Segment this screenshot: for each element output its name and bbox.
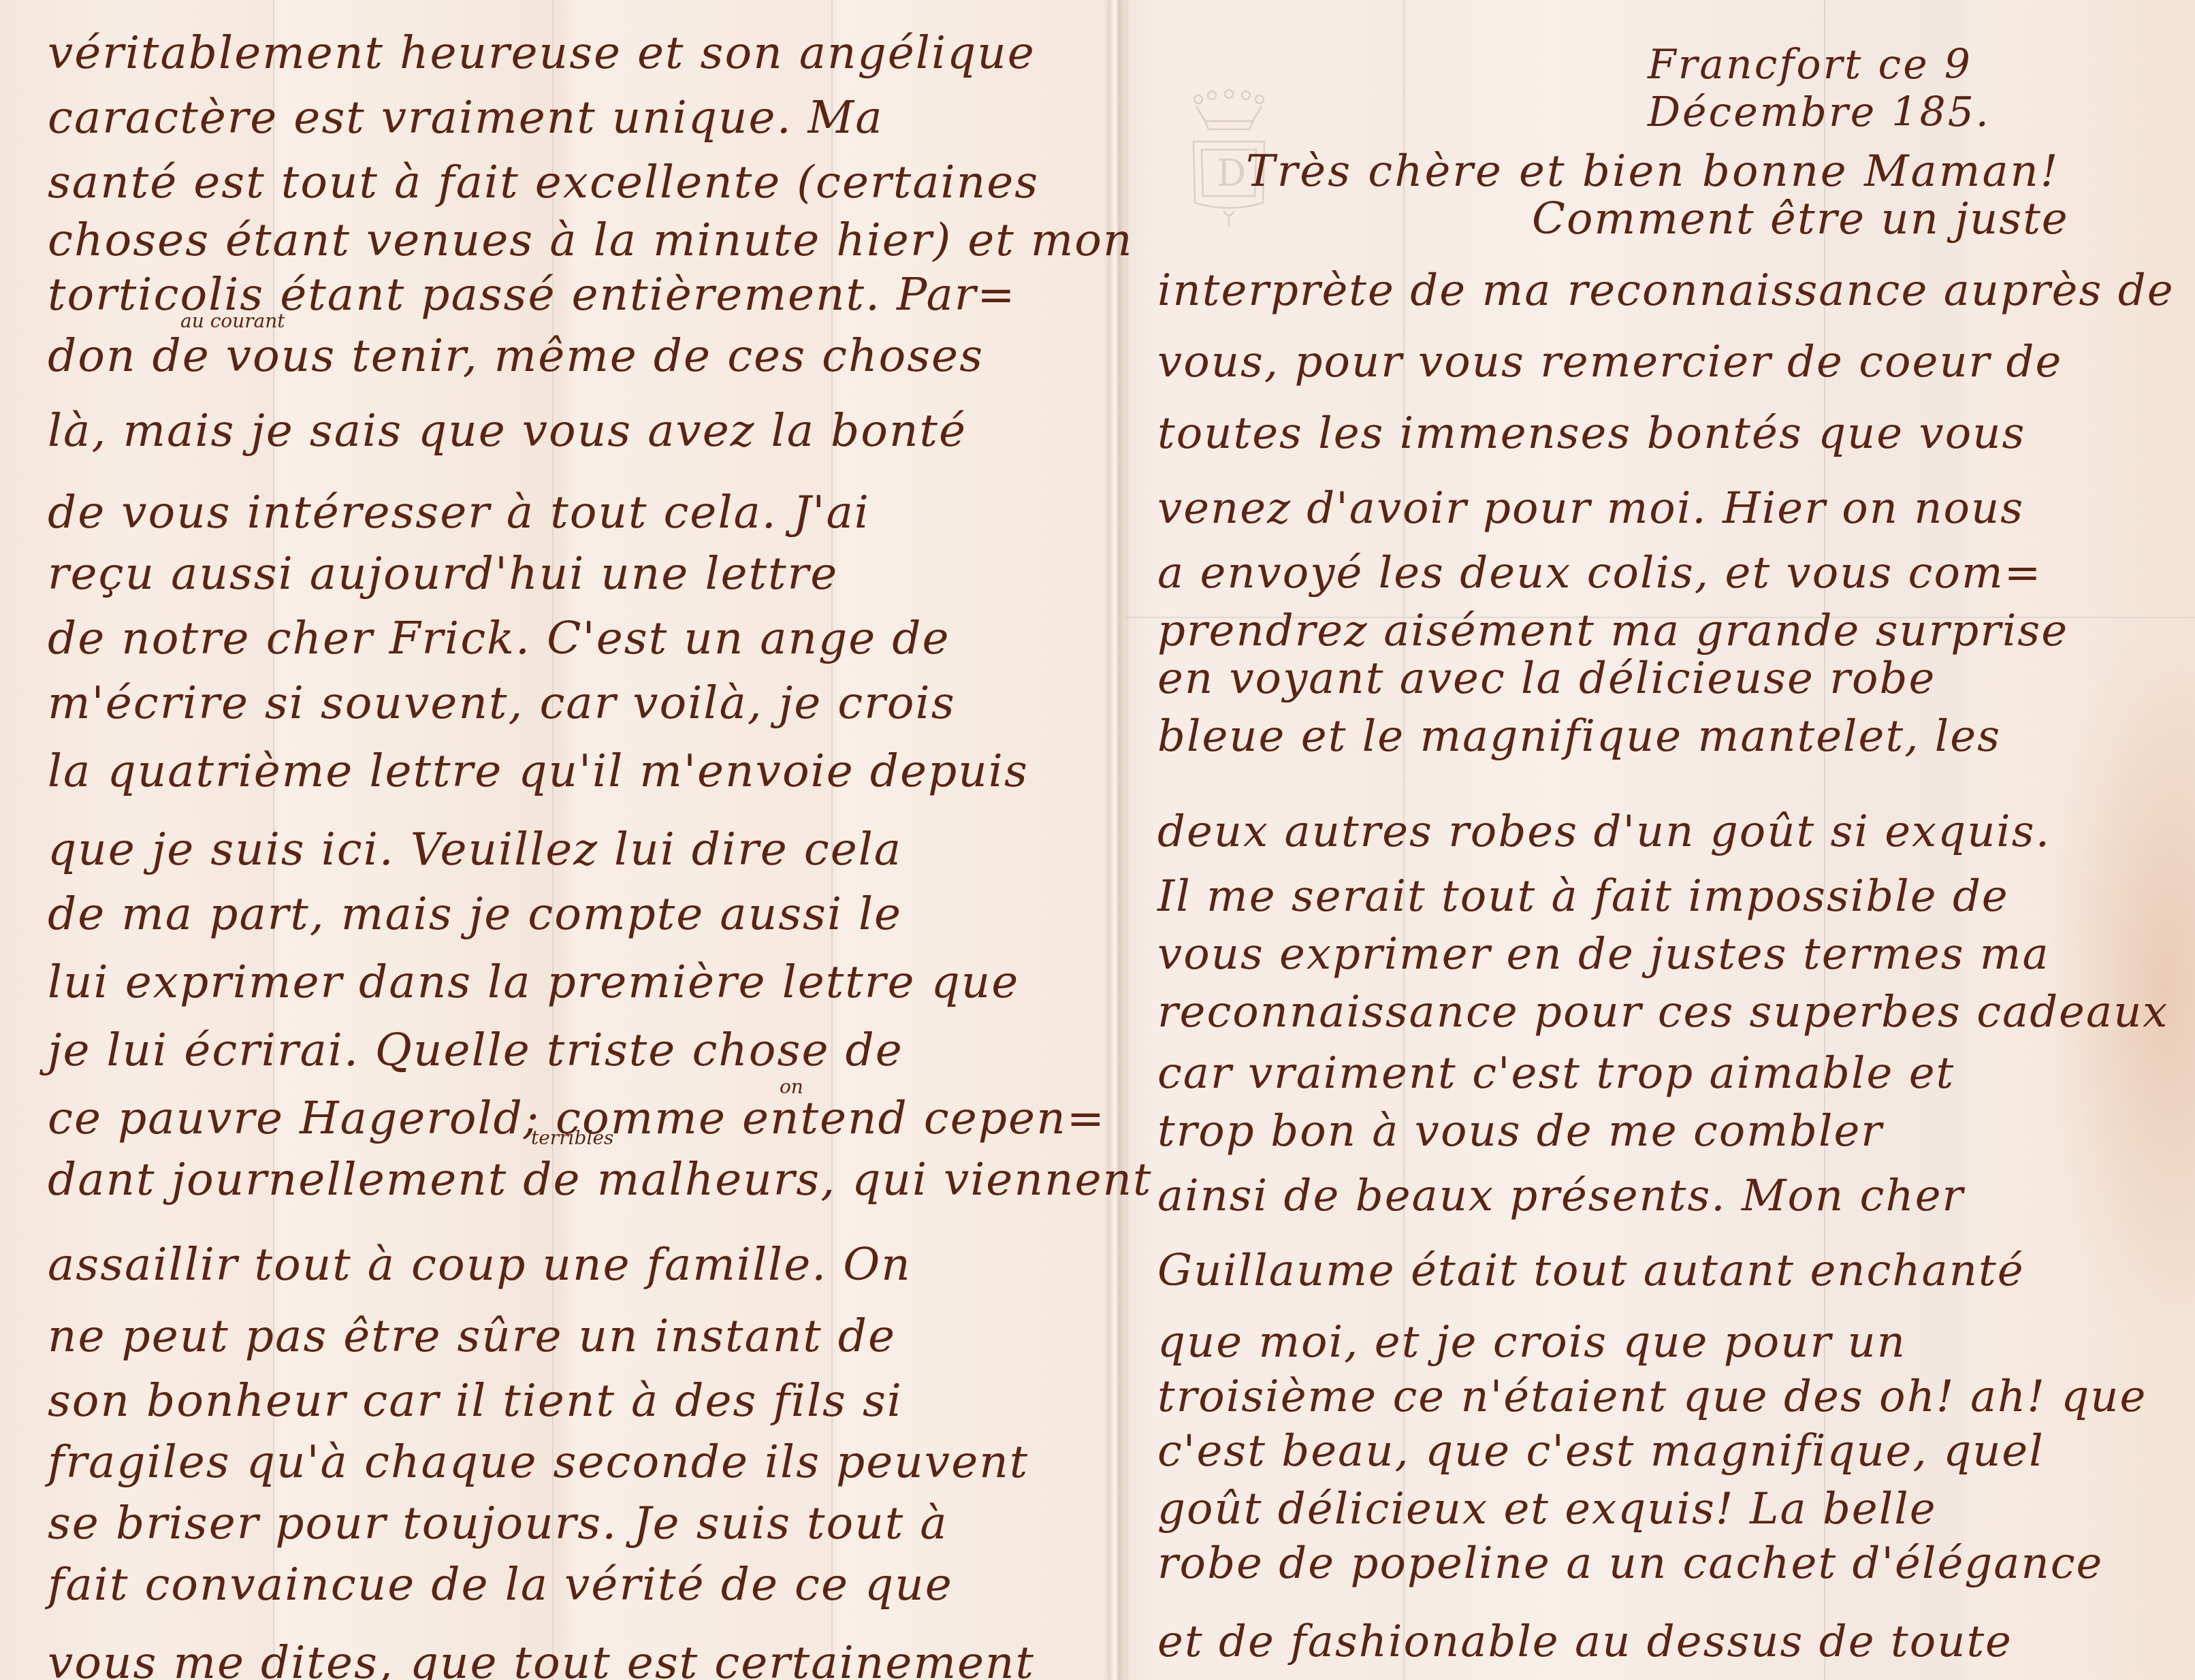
letter-line: prendrez aisément ma grande surprise: [1157, 609, 2068, 653]
letter-line: et de fashionable au dessus de toute: [1157, 1620, 2013, 1664]
salutation: Très chère et bien bonne Maman!: [1246, 146, 2060, 197]
letter-line: Il me serait tout à fait impossible de: [1157, 875, 2009, 918]
letter-line: troisième ce n'étaient que des oh! ah! q…: [1157, 1375, 2147, 1419]
letter-line: deux autres robes d'un goût si exquis.: [1157, 810, 2051, 854]
letter-line: car vraiment c'est trop aimable et: [1157, 1052, 1955, 1095]
letter-line: Comment être un juste: [1532, 197, 2069, 241]
letter-line: véritablement heureuse et son angélique: [48, 31, 1036, 76]
letter-line: vous me dites, que tout est certainement: [48, 1641, 1035, 1680]
letter-line: fragiles qu'à chaque seconde ils peuvent: [48, 1440, 1029, 1485]
letter-line: caractère est vraiment unique. Ma: [48, 95, 884, 140]
letter-line: son bonheur car il tient à des fils si: [48, 1378, 903, 1423]
interlinear-insertion: au courant: [180, 310, 285, 332]
letter-line: dant journellement de malheurs, qui vien…: [48, 1157, 1153, 1202]
letter-line: reconnaissance pour ces superbes cadeaux: [1157, 990, 2168, 1034]
letter-line: choses étant venues à la minute hier) et…: [48, 218, 1134, 263]
letter-line: lui exprimer dans la première lettre que: [48, 960, 1019, 1005]
letter-line: don de vous tenir, même de ces choses: [48, 334, 984, 378]
letter-line: là, mais je sais que vous avez la bonté: [48, 408, 967, 453]
letter-line: je lui écrirai. Quelle triste chose de: [48, 1028, 903, 1073]
letter-line: se briser pour toujours. Je suis tout à: [48, 1501, 948, 1546]
letter-line: ne peut pas être sûre un instant de: [48, 1314, 896, 1359]
letter-line: Guillaume était tout autant enchanté: [1157, 1249, 2025, 1293]
letter-line: que moi, et je crois que pour un: [1157, 1321, 1906, 1364]
letter-line: toutes les immenses bontés que vous: [1157, 412, 2025, 455]
letter-line: trop bon à vous de me combler: [1157, 1110, 1883, 1153]
letter-line: robe de popeline a un cachet d'élégance: [1157, 1542, 2103, 1585]
letter-line: m'écrire si souvent, car voilà, je crois: [48, 681, 956, 726]
letter-line: fait convaincue de la vérité de ce que: [48, 1562, 953, 1607]
letter-line: a envoyé les deux colis, et vous com=: [1157, 551, 2042, 595]
letter-line: de vous intéresser à tout cela. J'ai: [48, 490, 870, 535]
letter-line: c'est beau, que c'est magnifique, quel: [1157, 1429, 2045, 1473]
place-date: Francfort ce 9 Décembre 185.: [1648, 41, 2195, 136]
letter-line: vous, pour vous remercier de coeur de: [1157, 340, 2062, 384]
letter-line: vous exprimer en de justes termes ma: [1157, 933, 2050, 976]
interlinear-insertion: terribles: [531, 1127, 613, 1149]
svg-text:D: D: [1217, 152, 1246, 195]
letter-line: la quatrième lettre qu'il m'envoie depui…: [48, 749, 1029, 794]
letter-line: interprète de ma reconnaissance auprès d…: [1157, 269, 2175, 312]
letter-line: ainsi de beaux présents. Mon cher: [1157, 1174, 1964, 1218]
letter-line: que je suis ici. Veuillez lui dire cela: [48, 827, 902, 872]
letter-line: santé est tout à fait excellente (certai…: [48, 160, 1039, 205]
letter-line: reçu aussi aujourd'hui une lettre: [48, 551, 838, 596]
letter-line: bleue et le magnifique mantelet, les: [1157, 715, 2001, 758]
letter-line: goût délicieux et exquis! La belle: [1157, 1487, 1937, 1531]
letter-line: de notre cher Frick. C'est un ange de: [48, 616, 950, 661]
letter-line: en voyant avec la délicieuse robe: [1157, 657, 1936, 700]
letter-line: de ma part, mais je compte aussi le: [48, 892, 902, 937]
letter-line: venez d'avoir pour moi. Hier on nous: [1157, 487, 2024, 530]
letter-line: assaillir tout à coup une famille. On: [48, 1242, 912, 1287]
